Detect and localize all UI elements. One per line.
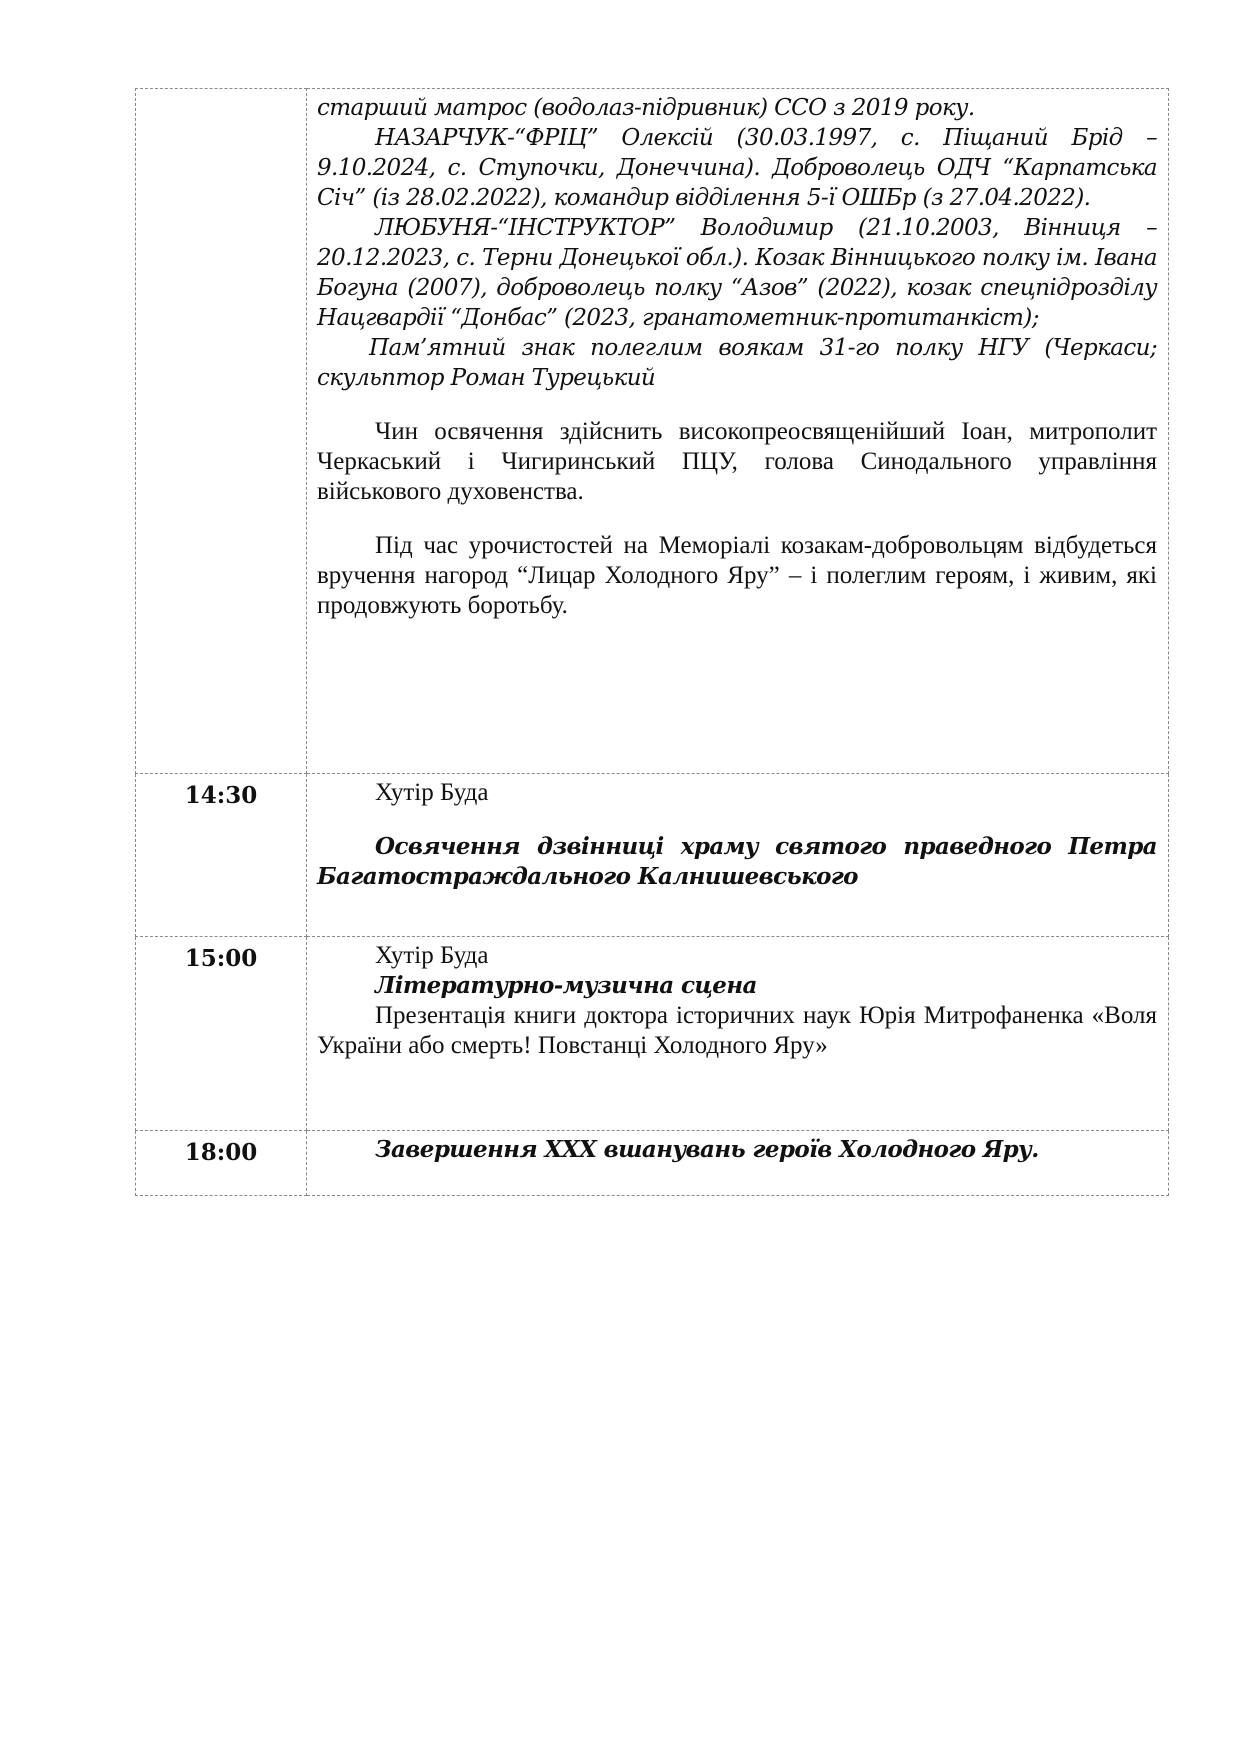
hero-bio-nazarchuk: НАЗАРЧУК-“ФРІЦ” Олексій (30.03.1997, с. … [317, 123, 1157, 213]
event-title: Літературно-музична сцена [317, 971, 1157, 1001]
content-cell: старший матрос (водолаз-підривник) ССО з… [307, 89, 1169, 774]
table-row: 14:30 Хутір Буда Освячення дзвінниці хра… [136, 774, 1169, 937]
hero-bio-continuation: старший матрос (водолаз-підривник) ССО з… [317, 93, 1157, 123]
content-cell: Хутір Буда Літературно-музична сцена Пре… [307, 937, 1169, 1131]
memorial-sign-text: Пам’ятний знак полеглим воякам 31-го пол… [317, 333, 1157, 393]
table-row: старший матрос (водолаз-підривник) ССО з… [136, 89, 1169, 774]
event-location: Хутір Буда [317, 778, 1157, 808]
event-title: Завершення XXX вшанувань героїв Холодног… [317, 1135, 1157, 1165]
event-title: Освячення дзвінниці храму святого правед… [317, 832, 1157, 892]
time-cell: 15:00 [136, 937, 307, 1131]
time-cell: 18:00 [136, 1131, 307, 1196]
event-description: Презентація книги доктора історичних нау… [317, 1001, 1157, 1061]
spacer [317, 808, 1157, 832]
consecration-text: Чин освячення здійснить високопреосвящен… [317, 417, 1157, 507]
content-cell: Хутір Буда Освячення дзвінниці храму свя… [307, 774, 1169, 937]
awards-text: Під час урочистостей на Меморіалі козака… [317, 531, 1157, 621]
time-cell [136, 89, 307, 774]
event-location: Хутір Буда [317, 941, 1157, 971]
time-cell: 14:30 [136, 774, 307, 937]
table-row: 18:00 Завершення XXX вшанувань героїв Хо… [136, 1131, 1169, 1196]
spacer [317, 507, 1157, 531]
schedule-table: старший матрос (водолаз-підривник) ССО з… [135, 88, 1169, 1196]
document-page: старший матрос (водолаз-підривник) ССО з… [0, 0, 1240, 1755]
hero-bio-liubunia: ЛЮБУНЯ-“ІНСТРУКТОР” Володимир (21.10.200… [317, 213, 1157, 333]
table-row: 15:00 Хутір Буда Літературно-музична сце… [136, 937, 1169, 1131]
content-cell: Завершення XXX вшанувань героїв Холодног… [307, 1131, 1169, 1196]
spacer [317, 393, 1157, 417]
